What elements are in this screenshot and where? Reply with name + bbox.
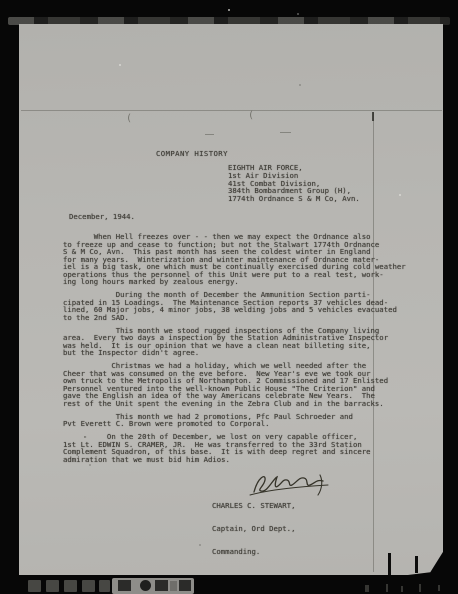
paragraph: Christmas we had a holiday, which we wel…	[63, 362, 433, 407]
paper-speck	[119, 64, 121, 66]
horizontal-scratch	[21, 110, 442, 111]
signer-command: Commanding.	[212, 548, 295, 556]
film-frame-mark	[28, 580, 41, 592]
film-strip-markings	[22, 578, 194, 594]
paragraph: This month we stood rugged inspections o…	[63, 327, 433, 357]
film-edge-tick	[401, 586, 403, 592]
document-body: When Hell freezes over - - then we may e…	[63, 233, 433, 469]
document-line: rest of the Unit spent the evening in th…	[63, 400, 433, 408]
paragraph: On the 20th of December, we lost on very…	[63, 433, 433, 463]
registration-tick	[388, 553, 391, 575]
signer-name: CHARLES C. STEWART,	[212, 502, 295, 510]
paper-speck	[199, 544, 201, 546]
dust-speck	[297, 13, 299, 15]
address-line: 1774th Ordnance S & M Co, Avn.	[228, 195, 360, 203]
smudge-dash	[205, 134, 214, 135]
plate-square-mark	[179, 580, 191, 591]
paper-speck	[299, 84, 301, 86]
document-line: ing long hours marked by zealous energy.	[63, 278, 433, 286]
date-line: December, 1944.	[69, 213, 135, 221]
document-title: COMPANY HISTORY	[156, 150, 228, 158]
film-edge-tick	[419, 584, 421, 592]
plate-square-mark	[155, 580, 168, 591]
document-line: but the Inspector didn't agree.	[63, 349, 433, 357]
signature-block: CHARLES C. STEWART, Captain, Ord Dept., …	[212, 487, 295, 570]
film-frame-mark	[82, 580, 95, 592]
film-label-plate	[112, 578, 194, 594]
smudge-mark: (	[126, 114, 132, 124]
plate-circle-mark	[140, 580, 151, 591]
film-edge-tick	[386, 584, 388, 592]
film-frame-mark	[46, 580, 59, 592]
film-edge-tick	[438, 585, 440, 591]
film-frame-mark	[99, 580, 110, 592]
document-line: to the 2nd SAD.	[63, 314, 433, 322]
paragraph: This month we had 2 promotions, Pfc Paul…	[63, 413, 433, 428]
paper-speck	[399, 194, 401, 196]
document-line: admiration that we must bid him Adios.	[63, 456, 433, 464]
paragraph: During the month of December the Ammunit…	[63, 291, 433, 321]
microfilm-frame: ( ( " COMPANY HISTORY EIGHTH AIR FORCE,1…	[0, 0, 458, 594]
signer-title: Captain, Ord Dept.,	[212, 525, 295, 533]
smudge-mark: (	[248, 111, 254, 121]
film-edge-tick	[365, 585, 369, 592]
plate-smudge-mark	[170, 581, 177, 591]
film-frame-mark	[64, 580, 77, 592]
vertical-scratch-tip	[372, 112, 374, 121]
paragraph: When Hell freezes over - - then we may e…	[63, 233, 433, 286]
registration-tick	[415, 556, 418, 573]
film-edge-streak	[8, 17, 450, 25]
smudge-dash	[280, 132, 291, 133]
plate-square-mark	[118, 580, 131, 591]
dust-speck	[228, 9, 230, 11]
address-block: EIGHTH AIR FORCE,1st Air Division41st Co…	[228, 164, 360, 203]
document-line: Pvt Everett C. Brown were promoted to Co…	[63, 420, 433, 428]
